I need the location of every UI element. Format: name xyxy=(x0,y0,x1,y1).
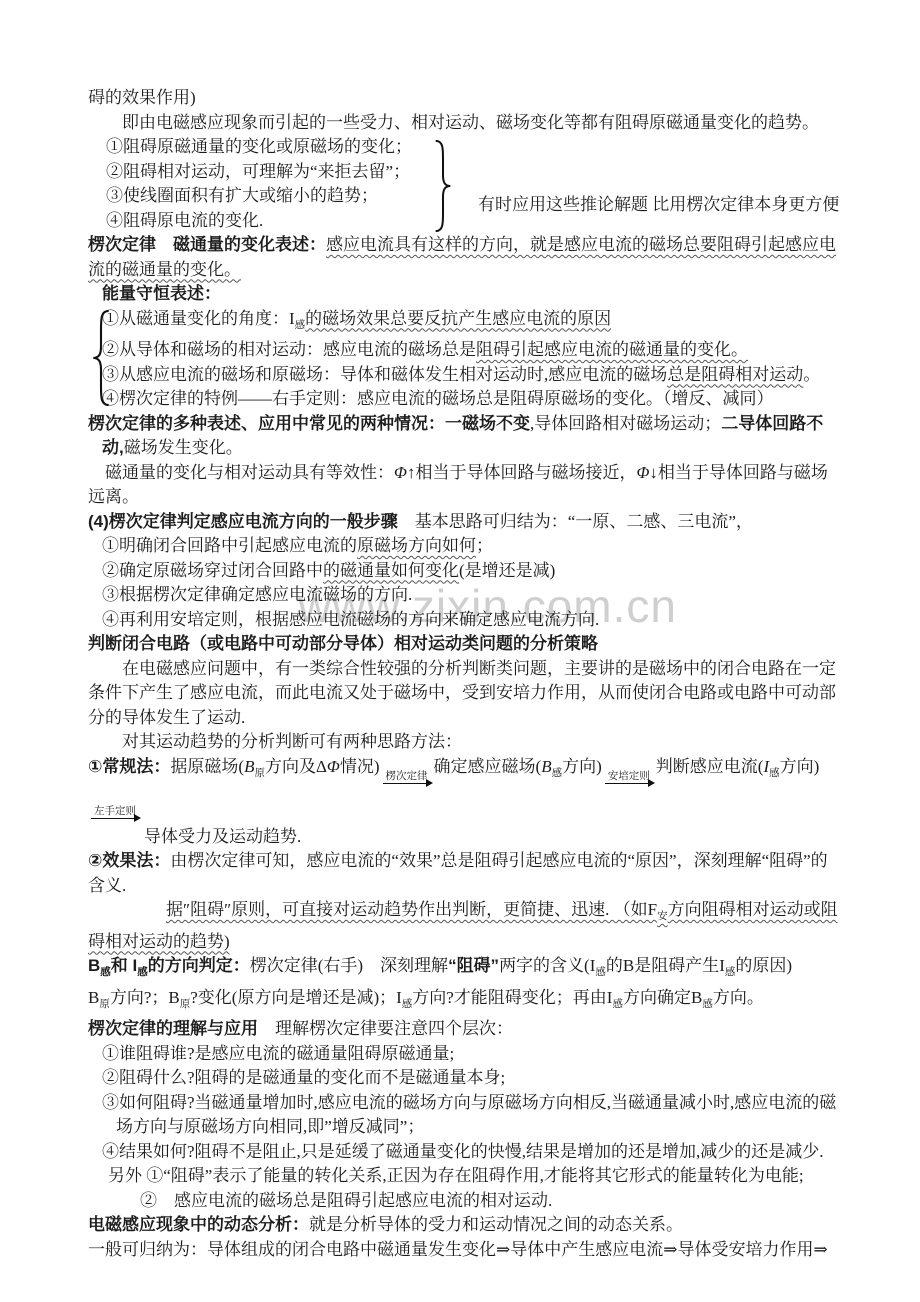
heading-run: 楞次定律 磁通量的变化表述： xyxy=(88,235,326,254)
heading-run: 的方向判定： xyxy=(148,956,250,975)
text-run: 方向及Δ xyxy=(265,757,327,776)
text-run: 方向。 xyxy=(713,988,764,1007)
text-run: 就是分析导体的受力和运动情况之间的动态关系。 xyxy=(309,1215,683,1234)
phi-symbol: Φ xyxy=(394,463,407,482)
text-run: 。 xyxy=(803,365,820,384)
subscript-run: 感 xyxy=(612,999,623,1010)
text-run: 磁通量的变化与相对运动具有等效性： xyxy=(105,463,394,482)
b-symbol: B xyxy=(244,757,254,776)
phi-symbol: Φ xyxy=(636,463,649,482)
right-arrow-icon xyxy=(605,783,653,790)
text-run: 碍的效果作用) xyxy=(88,88,196,107)
arrow-label: 安培定则 xyxy=(605,771,653,782)
text-run: ,导体回路相对磁场运动； xyxy=(530,414,721,433)
text-run: 在电磁感应问题中，有一类综合性较强的分析判断类问题，主要讲的是磁场中的闭合电路在… xyxy=(88,659,836,727)
brace-left-icon xyxy=(90,310,112,406)
subscript-run: 感 xyxy=(295,320,306,331)
left-hand-rule-arrow: 左手定则 xyxy=(91,806,139,825)
effect-method-paragraph: ②效果法：由楞次定律可知，感应电流的“效果”总是阻碍引起感应电流的“原因”，深刻… xyxy=(88,849,838,898)
text-run: 判断感应电流( xyxy=(656,757,764,776)
list-item: ③从感应电流的磁场和原磁场：导体和磁体发生相对运动时,感应电流的磁场总是阻碍相对… xyxy=(102,363,838,388)
energy-conservation-group: ①从磁通量变化的角度：I感的磁场效果总要反抗产生感应电流的原因 ②从导体和磁场的… xyxy=(102,307,838,412)
paragraph-intro: 即由电磁感应现象而引起的一些受力、相对运动、磁场变化等都有阻碍原磁通量变化的趋势… xyxy=(88,111,838,136)
hindrance-principle-paragraph: 据″阻碍″原则，可直接对运动趋势作出判断，更简捷、迅速. （如F安方向阻碍相对运… xyxy=(88,898,838,954)
arrow-label: 左手定则 xyxy=(91,806,139,817)
lenz-law-flux-statement: 楞次定律 磁通量的变化表述：感应电流具有这样的方向，就是感应电流的磁场总要阻碍引… xyxy=(88,233,838,282)
right-arrow-icon xyxy=(91,818,139,825)
text-run: 一磁场不变 xyxy=(445,414,530,433)
text-run: 阻碍引起感应电流的磁通量的变化。 xyxy=(476,340,748,359)
subscript-run: 感 xyxy=(769,768,780,779)
text-run: 基本思路可归结为：“一原、二感、三电流”， xyxy=(398,512,753,531)
text-run: 总是阻碍相对运动 xyxy=(667,365,803,384)
step-item: ③根据楞次定律确定感应电流磁场的方向. xyxy=(102,583,838,608)
list-item: ④楞次定律的特例——右手定则：感应电流的磁场总是阻碍原磁场的变化。（增反、减同） xyxy=(102,387,838,412)
text-run: ③如何阻碍?当磁通量增加时,感应电流的磁场方向与原磁场方向相反,当磁通量减小时,… xyxy=(102,1093,836,1137)
conventional-method-result: 导体受力及运动趋势. xyxy=(144,825,838,850)
text-run: ①从磁通量变化的角度：I xyxy=(102,309,295,328)
two-methods-paragraph: 对其运动趋势的分析判断可有两种思路方法： xyxy=(88,730,838,755)
level-item: ①谁阻碍谁?是感应电流的磁通量阻碍原磁通量; xyxy=(102,1042,838,1067)
heading-run: 楞次定律的多种表述、应用中常见的两种情况： xyxy=(88,414,445,433)
level-item: ④结果如何?阻碍不是阻止,只是延缓了磁通量变化的快慢,结果是增加的还是增加,减少… xyxy=(102,1140,838,1165)
brace-right-icon xyxy=(432,140,454,232)
text-run: 的磁通量如何变化 xyxy=(323,561,459,580)
text-run: 导体受力及运动趋势. xyxy=(144,827,301,846)
text-run: 一般可归纳为：导体组成的闭合电路中磁通量发生变化⇒导体中产生感应电流⇒导体受安培… xyxy=(88,1240,828,1259)
subscript-run: 原 xyxy=(99,999,110,1010)
text-run: 据原磁场( xyxy=(170,757,244,776)
text-run: 楞次定律(右手) 深刻理解 xyxy=(250,956,448,975)
subscript-run: 感 xyxy=(402,999,413,1010)
list-item: ②阻碍相对运动，可理解为“来拒去留”； xyxy=(106,160,838,185)
analysis-intro-paragraph: 在电磁感应问题中，有一类综合性较强的分析判断类问题，主要讲的是磁场中的闭合电路在… xyxy=(88,657,838,731)
text-run: 对其运动趋势的分析判断可有两种思路方法： xyxy=(122,732,462,751)
text-run: ② 感应电流的磁场总是阻碍引起感应电流的相对运动. xyxy=(140,1191,552,1210)
analysis-strategy-heading: 判断闭合电路（或电路中可动部分导体）相对运动类问题的分析策略 xyxy=(88,632,838,657)
text-run: B xyxy=(88,988,99,1007)
additional-note-2: ② 感应电流的磁场总是阻碍引起感应电流的相对运动. xyxy=(140,1189,838,1214)
text-run: ； xyxy=(476,536,493,555)
general-steps-heading: (4)楞次定律判定感应电流方向的一般步骤 基本思路可归结为：“一原、二感、三电流… xyxy=(88,510,838,535)
text-run: 由楞次定律可知，感应电流的“效果”总是阻碍引起感应电流的“原因”，深刻理解“阻碍… xyxy=(88,851,828,895)
document-page: 碍的效果作用) 即由电磁感应现象而引起的一些受力、相对运动、磁场变化等都有阻碍原… xyxy=(0,0,920,1262)
heading-run: ①常规法： xyxy=(88,757,170,776)
text-run: 的原因) xyxy=(735,956,792,975)
direction-determination-paragraph: B感和 I感的方向判定：楞次定律(右手) 深刻理解“阻碍”两字的含义(I感的B是… xyxy=(88,954,838,986)
energy-conservation-heading: 能量守恒表述： xyxy=(102,282,838,307)
heading-run: ②效果法： xyxy=(88,851,170,870)
heading-run: 和 I xyxy=(111,956,137,975)
list-item: ①阻碍原磁通量的变化或原磁场的变化； xyxy=(106,135,838,160)
text-run: 即由电磁感应现象而引起的一些受力、相对运动、磁场变化等都有阻碍原磁通量变化的趋势… xyxy=(122,113,819,132)
text-run: ②阻碍相对运动，可理解为“来拒去留”； xyxy=(106,162,410,181)
text-run: 另外 ①“阻碍”表示了能量的转化关系,正因为存在阻碍作用,才能将其它形式的能量转… xyxy=(108,1166,804,1185)
text-run: ③根据楞次定律确定感应电流磁场的方向. xyxy=(102,585,412,604)
text-run: ②阻碍什么?阻碍的是磁通量的变化而不是磁通量本身; xyxy=(102,1068,505,1087)
text-run: 方向) xyxy=(562,757,602,776)
text-run: ③使线圈面积有扩大或缩小的趋势； xyxy=(106,186,378,205)
step-item: ①明确闭合回路中引起感应电流的原磁场方向如何； xyxy=(102,534,838,559)
subscript-run: 感 xyxy=(552,768,563,779)
heading-run: 楞次定律的理解与应用 xyxy=(88,1019,258,1038)
text-run: (是增还是减) xyxy=(459,561,555,580)
text-run: 确定感应磁场( xyxy=(434,757,542,776)
text-run: ①谁阻碍谁?是感应电流的磁通量阻碍原磁通量; xyxy=(102,1044,454,1063)
right-arrow-icon xyxy=(383,783,431,790)
text-run: 两字的含义(I xyxy=(499,956,595,975)
text-run: ④再利用安培定则，根据感应电流磁场的方向来确定感应电流方向. xyxy=(102,610,599,629)
text-run: ?变化(原方向是增还是减)；I xyxy=(190,988,402,1007)
subscript-run: 感 xyxy=(725,967,736,978)
text-run: 磁场发生变化。 xyxy=(124,438,243,457)
text-run: 理解楞次定律要注意四个层次： xyxy=(258,1019,513,1038)
subscript-run: 原 xyxy=(180,999,191,1010)
multiple-statements-paragraph: 楞次定律的多种表述、应用中常见的两种情况：一磁场不变,导体回路相对磁场运动；二导… xyxy=(88,412,838,461)
text-run: 方向确定B xyxy=(623,988,702,1007)
subscript-run: 原 xyxy=(254,768,265,779)
heading-run: 判断闭合电路（或电路中可动部分导体）相对运动类问题的分析策略 xyxy=(88,634,598,653)
subscript-run: 感 xyxy=(595,967,606,978)
step-item: ④再利用安培定则，根据感应电流磁场的方向来确定感应电流方向. xyxy=(102,608,838,633)
subscript-run: 安 xyxy=(657,911,668,922)
equivalence-paragraph: 磁通量的变化与相对运动具有等效性：Φ↑相当于导体回路与磁场接近，Φ↓相当于导体回… xyxy=(88,461,838,510)
arrow-label: 楞次定律 xyxy=(383,771,431,782)
lenz-law-arrow: 楞次定律 xyxy=(383,771,431,790)
text-run: ②确定原磁场穿过闭合回路中 xyxy=(102,561,323,580)
hindrance-effects-group: ①阻碍原磁通量的变化或原磁场的变化； ②阻碍相对运动，可理解为“来拒去留”； ③… xyxy=(106,135,838,233)
phi-symbol: Φ xyxy=(327,757,340,776)
text-run: ↑相当于导体回路与磁场接近， xyxy=(407,463,637,482)
subscript-run: 感 xyxy=(702,999,713,1010)
text-run: 情况) xyxy=(340,757,380,776)
text-run: ④阻碍原电流的变化. xyxy=(106,211,263,230)
text-run: ③从感应电流的磁场和原磁场：导体和磁体发生相对运动时,感应电流的磁场 xyxy=(102,365,667,384)
additional-note-1: 另外 ①“阻碍”表示了能量的转化关系,正因为存在阻碍作用,才能将其它形式的能量转… xyxy=(108,1164,838,1189)
direction-questions-paragraph: B原方向?；B原?变化(原方向是增还是减)；I感方向?才能阻碍变化；再由I感方向… xyxy=(88,986,838,1018)
dynamic-analysis-paragraph: 电磁感应现象中的动态分析：就是分析导体的受力和运动情况之间的动态关系。 xyxy=(88,1213,838,1238)
conventional-method-paragraph: ①常规法：据原磁场(B原方向及ΔΦ情况)楞次定律确定感应磁场(B感方向)安培定则… xyxy=(88,755,838,825)
summary-paragraph: 一般可归纳为：导体组成的闭合电路中磁通量发生变化⇒导体中产生感应电流⇒导体受安培… xyxy=(88,1238,838,1263)
text-run: 方向?；B xyxy=(110,988,180,1007)
subscript-run: 感 xyxy=(137,966,148,978)
text-run: 据″阻碍″原则，可直接对运动趋势作出判断，更简捷、迅速. （如F xyxy=(166,900,657,919)
text-run: 的B是阻碍产生I xyxy=(606,956,725,975)
level-item: ③如何阻碍?当磁通量增加时,感应电流的磁场方向与原磁场方向相反,当磁通量减小时,… xyxy=(102,1091,838,1140)
text-run: ②从导体和磁场的相对运动：感应电流的磁场总是 xyxy=(102,340,476,359)
text-run: 方向?才能阻碍变化；再由I xyxy=(412,988,612,1007)
subscript-run: 感 xyxy=(100,966,111,978)
text-run: 的磁场效果总要反抗产生感应电流的原因 xyxy=(305,309,611,328)
list-item: ②从导体和磁场的相对运动：感应电流的磁场总是阻碍引起感应电流的磁通量的变化。 xyxy=(102,338,838,363)
heading-run: 电磁感应现象中的动态分析： xyxy=(88,1215,309,1234)
text-run: ①阻碍原磁通量的变化或原磁场的变化； xyxy=(106,137,412,156)
list-item: ①从磁通量变化的角度：I感的磁场效果总要反抗产生感应电流的原因 xyxy=(102,307,838,339)
text-run: “阻碍” xyxy=(448,956,499,975)
understanding-application-heading: 楞次定律的理解与应用 理解楞次定律要注意四个层次： xyxy=(88,1017,838,1042)
text-run: ④楞次定律的特例——右手定则：感应电流的磁场总是阻碍原磁场的变化。（增反、减同） xyxy=(102,389,774,408)
text-run: ①明确闭合回路中引起感应电流的 xyxy=(102,536,357,555)
heading-run: B xyxy=(88,956,100,975)
text-run: 原磁场方向如何 xyxy=(357,536,476,555)
step-item: ②确定原磁场穿过闭合回路中的磁通量如何变化(是增还是减) xyxy=(102,559,838,584)
ampere-rule-arrow: 安培定则 xyxy=(605,771,653,790)
brace-note: 有时应用这些推论解题 比用楞次定律本身更方便 xyxy=(478,193,839,218)
b-symbol: B xyxy=(541,757,551,776)
heading-run: (4)楞次定律判定感应电流方向的一般步骤 xyxy=(88,512,398,531)
level-item: ②阻碍什么?阻碍的是磁通量的变化而不是磁通量本身; xyxy=(102,1066,838,1091)
text-run: 方向) xyxy=(780,757,820,776)
paragraph-continuation: 碍的效果作用) xyxy=(88,86,838,111)
heading-run: 能量守恒表述： xyxy=(102,284,221,303)
text-run: ④结果如何?阻碍不是阻止,只是延缓了磁通量变化的快慢,结果是增加的还是增加,减少… xyxy=(102,1142,824,1161)
